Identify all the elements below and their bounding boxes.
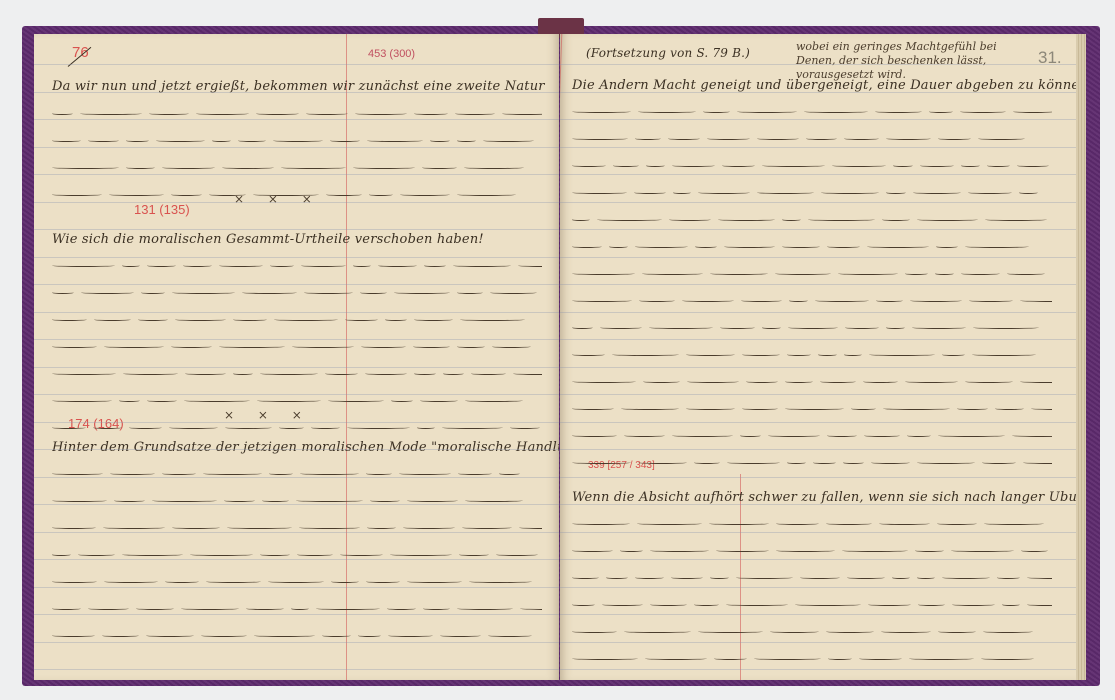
ruled-line (560, 284, 1076, 285)
handwriting-line (572, 374, 1052, 389)
ruled-line (560, 559, 1076, 560)
handwriting-line (572, 185, 1052, 200)
continuation-heading: (Fortsetzung von S. 79 B.) (586, 46, 750, 60)
ruled-line (560, 367, 1076, 368)
ruled-line (560, 532, 1076, 533)
handwriting-line (52, 285, 542, 300)
handwriting-line (52, 339, 542, 354)
ruled-line (560, 147, 1076, 148)
ruled-line (560, 119, 1076, 120)
handwriting-line (572, 320, 1052, 335)
ruled-line (560, 312, 1076, 313)
top-annotation: 453 (300) (368, 48, 415, 60)
handwriting-line (572, 428, 1052, 443)
handwriting-line (572, 597, 1052, 612)
handwriting-line (572, 401, 1052, 416)
handwriting-line (52, 258, 542, 273)
handwriting-line (52, 187, 542, 202)
ruled-line (560, 229, 1076, 230)
right-page: 31. (Fortsetzung von S. 79 B.) wobei ein… (560, 34, 1076, 680)
handwriting-line (52, 160, 542, 175)
handwriting-line: Wie sich die moralischen Gesammt-Urtheil… (52, 232, 559, 247)
ruled-line (560, 614, 1076, 615)
ruled-line (560, 202, 1076, 203)
ruled-line (560, 477, 1076, 478)
margin-line (560, 34, 562, 680)
handwriting-line (572, 239, 1052, 254)
handwriting-line (52, 520, 542, 535)
handwriting-line (572, 293, 1052, 308)
handwriting-line (52, 547, 542, 562)
handwriting-line (52, 420, 542, 435)
handwriting-line (572, 624, 1052, 639)
handwriting-line (52, 574, 542, 589)
handwriting-line (52, 312, 542, 327)
ruled-line (560, 174, 1076, 175)
handwriting-line (572, 516, 1052, 531)
handwriting-line (572, 543, 1052, 558)
handwriting-line (52, 106, 542, 121)
ruled-line (560, 587, 1076, 588)
handwriting-line (572, 266, 1052, 281)
handwriting-line (52, 466, 542, 481)
handwriting-line (572, 212, 1052, 227)
handwriting-line (52, 393, 542, 408)
ruled-line (34, 92, 559, 93)
handwriting-line (572, 570, 1052, 585)
handwriting-line: Wenn die Absicht aufhört schwer zu falle… (572, 490, 1076, 505)
ruled-line (560, 394, 1076, 395)
page-number-right: 31. (1038, 48, 1062, 68)
ruled-line (560, 422, 1076, 423)
top-insert-note: wobei ein geringes Machtgefühl bei Denen… (796, 40, 1026, 82)
handwriting-line (572, 104, 1052, 119)
section-number: 131 (135) (134, 202, 190, 217)
page-edges (1076, 34, 1086, 680)
left-page: 76 453 (300) × × × 131 (135) × × × 174 (… (34, 34, 559, 680)
handwriting-line (52, 601, 542, 616)
ruled-line (34, 449, 559, 450)
handwriting-line (52, 493, 542, 508)
ruled-line (560, 257, 1076, 258)
ruled-line (34, 64, 559, 65)
ruled-line (560, 504, 1076, 505)
ruled-line (560, 64, 1076, 65)
handwriting-line (52, 133, 542, 148)
handwriting-line (572, 158, 1052, 173)
handwriting-line (572, 455, 1052, 470)
ruled-line (560, 339, 1076, 340)
ruled-line (560, 92, 1076, 93)
handwriting-line (572, 131, 1052, 146)
ruled-line (560, 449, 1076, 450)
handwriting-line (52, 366, 542, 381)
ruled-line (34, 669, 559, 670)
ruled-line (34, 229, 559, 230)
handwriting-line (572, 347, 1052, 362)
ruled-line (560, 642, 1076, 643)
handwriting-line (572, 651, 1052, 666)
page-number-left: 76 (72, 44, 89, 61)
ruled-line (560, 669, 1076, 670)
handwriting-line: Hinter dem Grundsatze der jetzigen moral… (52, 440, 559, 455)
handwriting-line (52, 628, 542, 643)
